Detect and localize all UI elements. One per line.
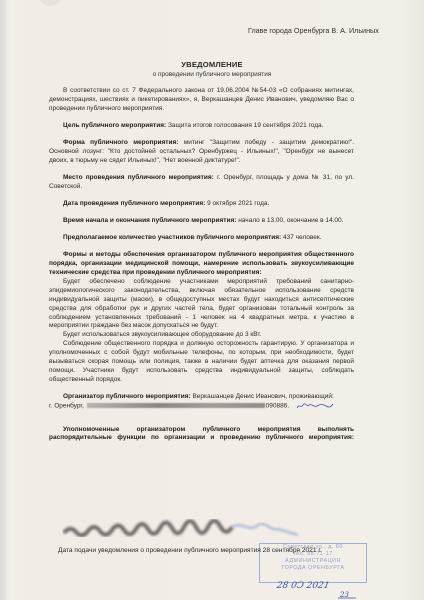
- participants-value: 437 человек.: [283, 234, 322, 241]
- stamp-line-3: АДМИНИСТРАЦИЯ: [260, 558, 366, 565]
- form-label: Форма публичного мероприятия:: [63, 139, 178, 146]
- participants-section: Предполагаемое количество участников пуб…: [49, 234, 354, 243]
- date-section: Дата проведения публичного мероприятия: …: [49, 200, 354, 209]
- address-start: г. Оренбург,: [49, 403, 84, 410]
- authorized-label: Уполномоченные организатором публичного …: [49, 426, 354, 442]
- stamp-line-4: ГОРОДА ОРЕНБУРГА: [260, 565, 366, 572]
- date-label: Дата проведения публичного мероприятия:: [63, 200, 205, 207]
- place-label: Место проведения публичного мероприятия:: [63, 174, 214, 181]
- place-section: Место проведения публичного мероприятия:…: [49, 174, 354, 192]
- authorized-section: Уполномоченные организатором публичного …: [49, 426, 354, 444]
- addressee: Главе города Оренбурга В. А. Ильиных: [248, 26, 379, 35]
- time-value: начало в 13.00, окончание в 14.00.: [238, 217, 343, 224]
- redacted-address: [87, 403, 265, 408]
- time-label: Время начала и окончания публичного меро…: [63, 217, 236, 224]
- methods-label: Формы и методы обеспечения организатором…: [49, 251, 354, 276]
- document-body: В соответствии со ст. 7 Федерального зак…: [49, 87, 354, 443]
- form-section: Форма публичного мероприятия: митинг "За…: [49, 139, 354, 166]
- svg-text:28 0Ͻ 2021: 28 0Ͻ 2021: [276, 581, 330, 591]
- purpose-label: Цель публичного мероприятия:: [63, 122, 166, 129]
- blurred-authorized-names: [62, 519, 312, 541]
- handwritten-date-icon: 28 0Ͻ 2021 23: [276, 579, 366, 600]
- purpose-section: Цель публичного мероприятия: Защита итог…: [49, 122, 354, 131]
- organizer-signature-icon: [295, 402, 335, 410]
- submission-date: Дата подачи уведомления о проведении пуб…: [58, 547, 322, 554]
- methods-paragraph-1: Будет обеспечено соблюдение участниками …: [49, 278, 354, 331]
- date-value: 9 октября 2021 года.: [207, 200, 269, 207]
- address-end: 090886.: [266, 403, 290, 410]
- methods-heading: Формы и методы обеспечения организатором…: [49, 251, 354, 278]
- time-section: Время начала и окончания публичного меро…: [49, 217, 354, 226]
- organizer-label: Организатор публичного мероприятия:: [63, 393, 191, 400]
- scan-edge-shadow: [0, 0, 10, 600]
- paper-clip-mark: [38, 0, 62, 6]
- organizer-value: Веркашанцев Денис Иванович, проживающий:: [192, 393, 333, 400]
- intro-paragraph: В соответствии со ст. 7 Федерального зак…: [49, 87, 354, 114]
- document-subtitle: о проведении публичного мероприятия: [0, 71, 424, 78]
- methods-paragraph-3: Соблюдение общественного порядка и должн…: [49, 340, 354, 385]
- participants-label: Предполагаемое количество участников пуб…: [63, 234, 281, 241]
- organizer-address: г. Оренбург, 090886.: [49, 402, 354, 412]
- document-title: УВЕДОМЛЕНИЕ: [0, 60, 424, 69]
- organizer-section: Организатор публичного мероприятия: Верк…: [49, 393, 354, 402]
- purpose-value: Защита итогов голосования 19 сентября 20…: [168, 122, 324, 129]
- methods-paragraph-2: Будет использоваться звукоусиливающее об…: [49, 331, 354, 340]
